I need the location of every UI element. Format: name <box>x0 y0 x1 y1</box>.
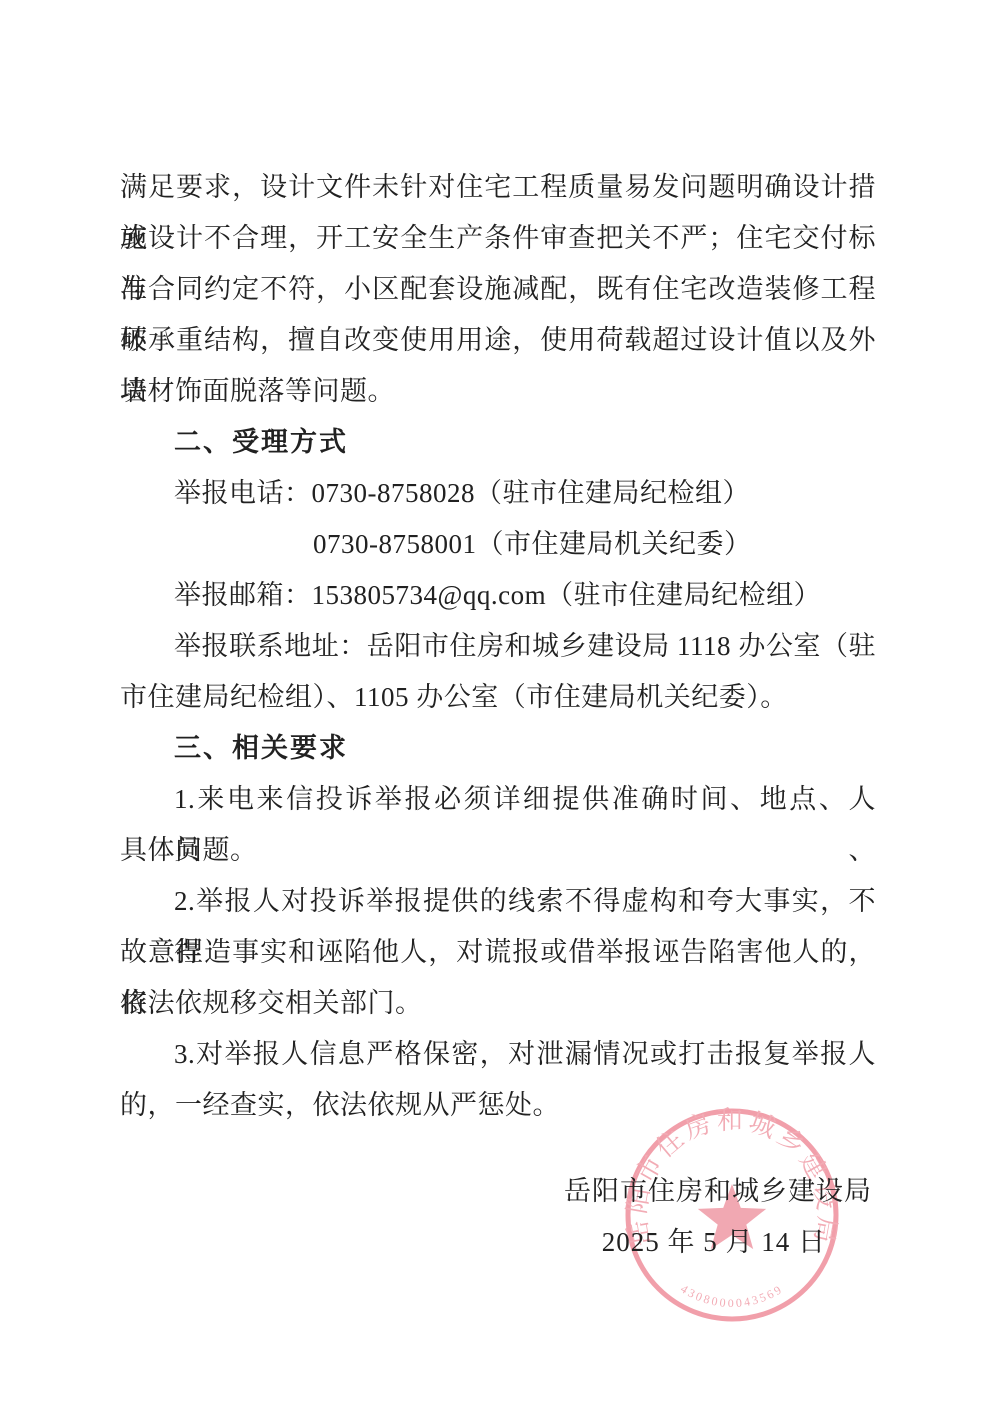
section-3-heading: 三、相关要求 <box>120 723 876 774</box>
requirement-2-line-3: 依法依规移交相关部门。 <box>120 978 876 1029</box>
report-address-line-1: 举报联系地址：岳阳市住房和城乡建设局 1118 办公室（驻 <box>120 621 876 672</box>
issue-date: 2025 年 5 月 14 日 <box>120 1217 876 1268</box>
paragraph-continuation-line: 坏承重结构，擅自改变使用用途，使用荷载超过设计值以及外墙 <box>120 315 876 366</box>
issuing-authority-signature: 岳阳市住房和城乡建设局 <box>120 1166 876 1217</box>
paragraph-continuation-line: 块材饰面脱落等问题。 <box>120 366 876 417</box>
paragraph-continuation-line: 或设计不合理，开工安全生产条件审查把关不严；住宅交付标准 <box>120 213 876 264</box>
report-address-line-2: 市住建局纪检组）、1105 办公室（市住建局机关纪委）。 <box>120 672 876 723</box>
seal-code: 4308000043569 <box>678 1282 786 1310</box>
document-body: 满足要求，设计文件未针对住宅工程质量易发问题明确设计措施 或设计不合理，开工安全… <box>120 162 876 1268</box>
requirement-3-line-2: 的，一经查实，依法依规从严惩处。 <box>120 1080 876 1131</box>
report-email-line: 举报邮箱：153805734@qq.com（驻市住建局纪检组） <box>120 570 876 621</box>
requirement-2-line-2: 故意捏造事实和诬陷他人，对谎报或借举报诬告陷害他人的，将 <box>120 927 876 978</box>
section-2-heading: 二、受理方式 <box>120 417 876 468</box>
report-phone-line-1: 举报电话：0730-8758028（驻市住建局纪检组） <box>120 468 876 519</box>
requirement-3-line-1: 3.对举报人信息严格保密，对泄漏情况或打击报复举报人 <box>120 1029 876 1080</box>
document-page: 岳阳市住房和城乡建设局 4308000043569 满足要求，设计文件未针对住宅… <box>0 0 1000 1414</box>
seal-code-holder: 4308000043569 <box>678 1282 786 1310</box>
requirement-2-line-1: 2.举报人对投诉举报提供的线索不得虚构和夸大事实，不得 <box>120 876 876 927</box>
requirement-1-line-1: 1.来电来信投诉举报必须详细提供准确时间、地点、人员、 <box>120 774 876 825</box>
paragraph-continuation-line: 满足要求，设计文件未针对住宅工程质量易发问题明确设计措施 <box>120 162 876 213</box>
report-phone-line-2: 0730-8758001（市住建局机关纪委） <box>120 519 876 570</box>
paragraph-continuation-line: 与合同约定不符，小区配套设施减配，既有住宅改造装修工程破 <box>120 264 876 315</box>
